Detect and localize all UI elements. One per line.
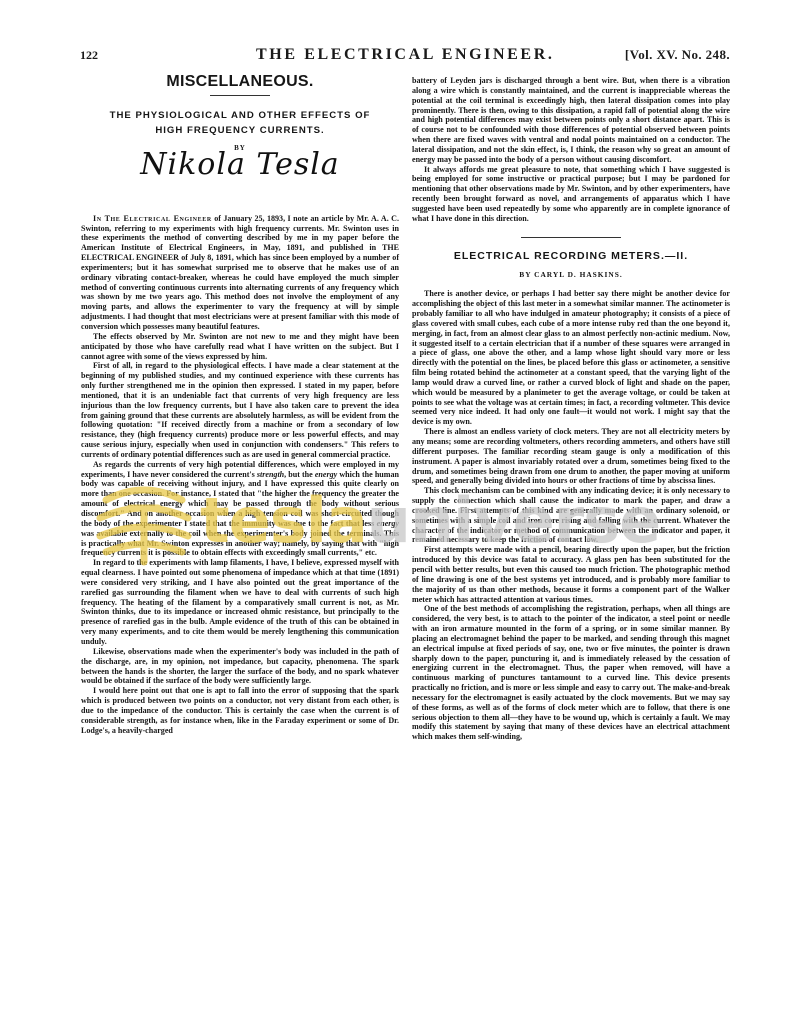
paragraph: One of the best methods of accomplishing… [412, 604, 730, 742]
publication-reference: In The Electrical Engineer [93, 214, 212, 223]
paragraph: I would here point out that one is apt t… [81, 686, 399, 735]
scanned-journal-page: 122 THE ELECTRICAL ENGINEER. [Vol. XV. N… [0, 0, 800, 1035]
journal-title: THE ELECTRICAL ENGINEER. [256, 46, 554, 64]
paragraph-continued: battery of Leyden jars is discharged thr… [412, 76, 730, 165]
author-signature: Nikola Tesla [81, 160, 399, 198]
paragraph: Likewise, observations made when the exp… [81, 647, 399, 686]
volume-number: [Vol. XV. No. 248. [625, 47, 730, 63]
divider [210, 95, 270, 96]
running-head: 122 THE ELECTRICAL ENGINEER. [Vol. XV. N… [80, 46, 730, 64]
left-column: MISCELLANEOUS. THE PHYSIOLOGICAL AND OTH… [81, 74, 399, 735]
divider [521, 237, 621, 238]
paragraph: In regard to the experiments with lamp f… [81, 558, 399, 647]
section-heading: MISCELLANEOUS. [81, 77, 399, 87]
paragraph: As regards the currents of very high pot… [81, 460, 399, 558]
paragraph: It always affords me great pleasure to n… [412, 165, 730, 224]
paragraph: There is almost an endless variety of cl… [412, 427, 730, 486]
article-title-line-2: HIGH FREQUENCY CURRENTS. [81, 123, 399, 138]
article-title: THE PHYSIOLOGICAL AND OTHER EFFECTS OF H… [81, 108, 399, 138]
article-title: ELECTRICAL RECORDING METERS.—II. [412, 252, 730, 262]
page-number: 122 [80, 48, 98, 63]
right-column: battery of Leyden jars is discharged thr… [412, 76, 730, 742]
article-title-line-1: THE PHYSIOLOGICAL AND OTHER EFFECTS OF [81, 108, 399, 123]
paragraph: First attempts were made with a pencil, … [412, 545, 730, 604]
paragraph: In The Electrical Engineer of January 25… [81, 214, 399, 332]
paragraph: This clock mechanism can be combined wit… [412, 486, 730, 545]
paragraph: The effects observed by Mr. Swinton are … [81, 332, 399, 362]
paragraph: First of all, in regard to the physiolog… [81, 361, 399, 459]
paragraph: There is another device, or perhaps I ha… [412, 289, 730, 427]
byline: BY CARYL D. HASKINS. [412, 270, 730, 280]
